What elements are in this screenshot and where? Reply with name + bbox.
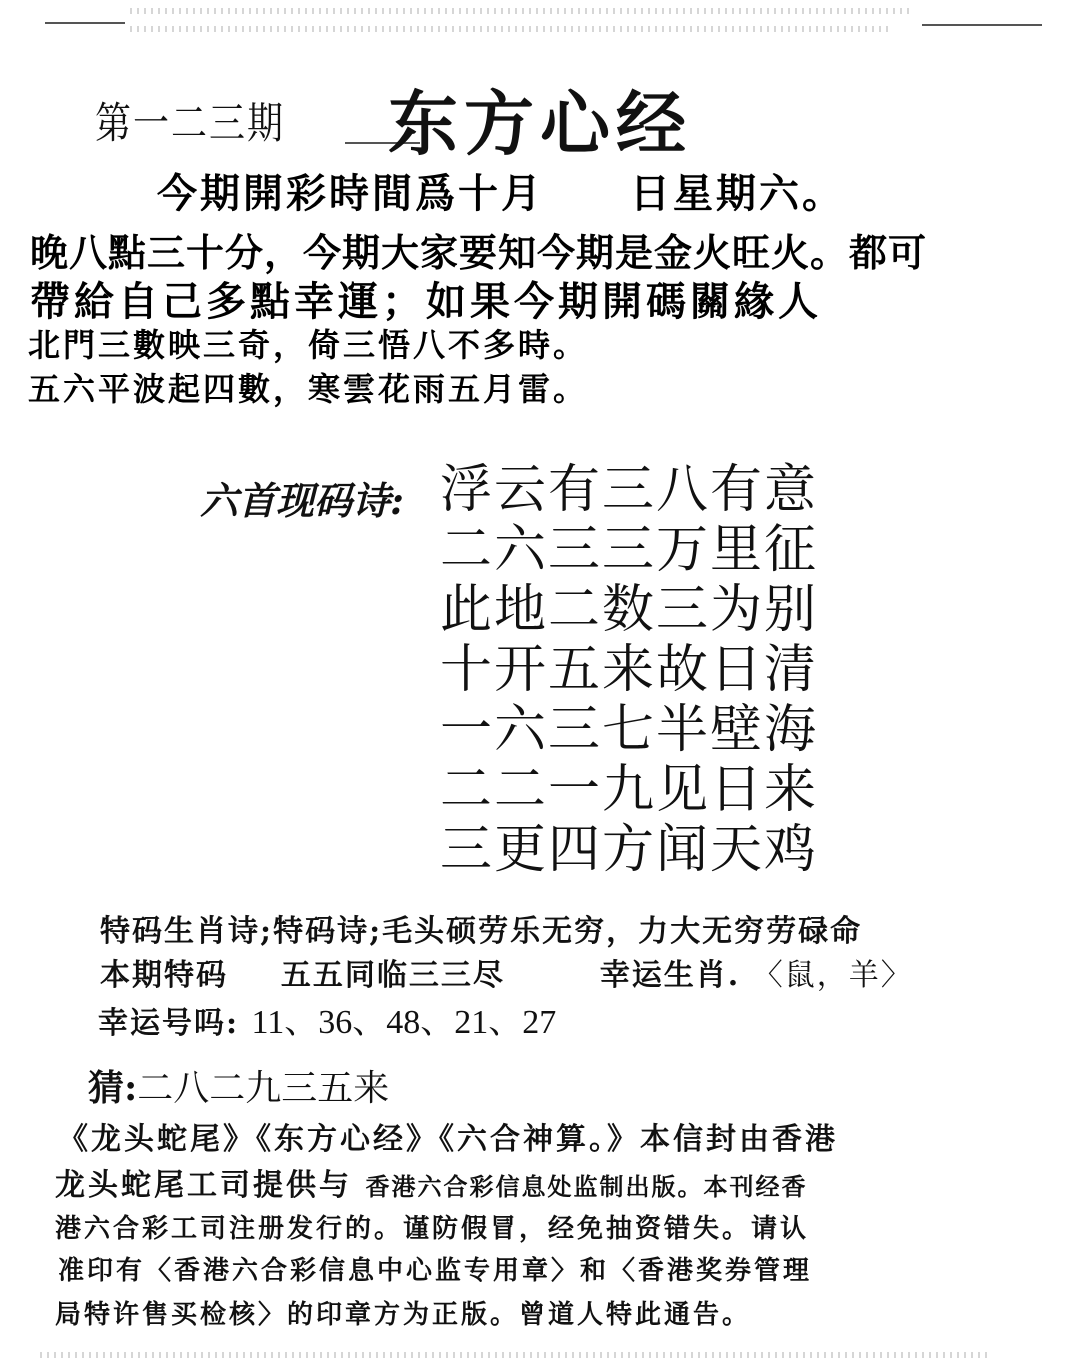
footer-line-1: 《龙头蛇尾》《东方心经》《六合神算。》本信封由香港 — [58, 1114, 838, 1158]
zodiac-poem: 特码生肖诗;特码诗;毛头硕劳乐无穷，力大无穷劳碌命 — [100, 906, 862, 950]
lucky-zodiac-value: 〈鼠，羊〉 — [753, 958, 913, 993]
issue-number: 第一二三期 — [95, 90, 285, 151]
footer-line-2a: 龙头蛇尾工司提供与 — [55, 1168, 352, 1203]
intro-line-1: 今期開彩時間爲十月 日星期六。 — [157, 162, 845, 219]
top-right-rule — [922, 24, 1042, 26]
poem-line: 浮云有三八有意 — [440, 460, 818, 520]
lucky-numbers-label: 幸运号吗: — [98, 1006, 239, 1041]
footer-line-5: 局特许售买检核〉的印章方为正版。曾道人特此通告。 — [55, 1294, 751, 1331]
lucky-numbers-value: 11、36、48、21、27 — [252, 1004, 557, 1041]
this-issue-row: 本期特码 五五同临三三尽 幸运生肖. 〈鼠，羊〉 — [100, 950, 913, 994]
intro-line-4: 北門三數映三奇，倚三悟八不多時。 — [28, 320, 588, 366]
top-left-rule — [45, 22, 125, 24]
intro-line-3: 帶給自己多點幸運；如果今期開碼關緣人 — [30, 270, 822, 327]
intro-line-5: 五六平波起四數，寒雲花雨五月雷。 — [28, 364, 588, 410]
scan-noise-top-2 — [130, 26, 890, 32]
poem-line: 二六三三万里征 — [440, 520, 818, 580]
poem-label: 六首现码诗: — [200, 470, 404, 525]
page-title: 东方心经 — [388, 68, 692, 169]
guess-row: 猜:二八二九三五来 — [88, 1060, 389, 1111]
footer-line-2b: 香港六合彩信息处监制出版。本刊经香 — [365, 1173, 807, 1201]
guess-value: 二八二九三五来 — [137, 1068, 389, 1109]
intro-line-2: 晚八點三十分，今期大家要知今期是金火旺火。都可 — [30, 222, 927, 277]
this-issue-value: 五五同临三三尽 — [281, 958, 505, 993]
poem-lines: 浮云有三八有意 二六三三万里征 此地二数三为别 十开五来故日清 一六三七半壁海 … — [440, 460, 818, 880]
poem-line: 此地二数三为别 — [440, 580, 818, 640]
this-issue-label: 本期特码 — [100, 958, 228, 993]
scan-noise-top — [130, 8, 910, 14]
poem-line: 二二一九见日来 — [440, 760, 818, 820]
footer-line-3: 港六合彩工司注册发行的。谨防假冒，经免抽资错失。请认 — [55, 1208, 809, 1245]
poem-line: 十开五来故日清 — [440, 640, 818, 700]
poem-line: 三更四方闻天鸡 — [440, 820, 818, 880]
footer-line-4: 准印有〈香港六合彩信息中心监专用章〉和〈香港奖券管理 — [58, 1250, 812, 1287]
guess-label: 猜: — [88, 1067, 137, 1109]
poem-line: 一六三七半壁海 — [440, 700, 818, 760]
footer-line-2: 龙头蛇尾工司提供与 香港六合彩信息处监制出版。本刊经香 — [55, 1160, 807, 1204]
scan-noise-bottom — [40, 1352, 990, 1358]
lucky-numbers-row: 幸运号吗: 11、36、48、21、27 — [98, 994, 556, 1043]
lucky-zodiac-label: 幸运生肖. — [600, 958, 740, 993]
